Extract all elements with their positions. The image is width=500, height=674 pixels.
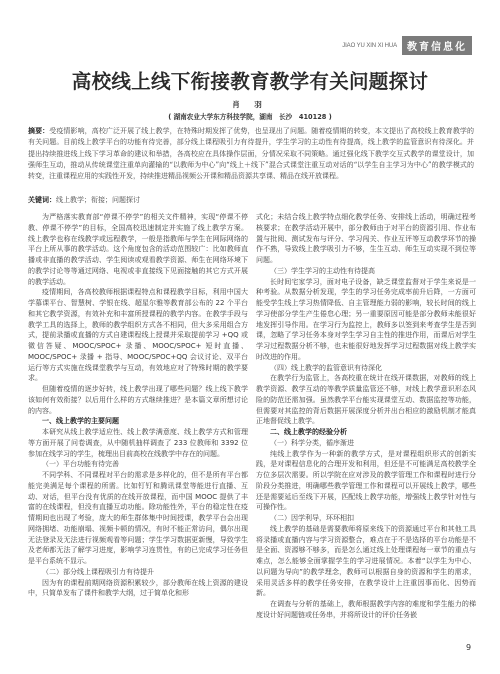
paragraph: 本研究从线上教学适应性、线上教学满意度、线上教学方式和管理等方面开展了问卷调查，… [28, 427, 248, 459]
paragraph: 不同学科、不同课程对平台的需求是多样化的，但不是所有平台都能完美满足每个课程的所… [28, 470, 248, 567]
subsection-heading: （二）部分线上课程吸引力有待提升 [28, 567, 248, 578]
subsection-heading: （一）科学分类，循序渐进 [256, 438, 476, 449]
section-badge: 教育信息化 [402, 36, 472, 55]
journal-section-header: JIAO YU XIN XI HUA 教育信息化 [342, 36, 472, 55]
paragraph: 在教学行为监管上，各高校重在统计在线开课数据，对教师的线上教学资源、教学互动的等… [256, 373, 476, 427]
section-heading: 二、线上教学的经验分析 [256, 427, 476, 438]
keywords: 关键词：线上教学；衔接；问题探讨 [28, 195, 474, 205]
keywords-label: 关键词： [28, 196, 56, 204]
article-affiliation: ( 湖南农业大学东方科技学院，湖南 长沙 410128 ) [0, 111, 500, 121]
paragraph: 在调查与分析的基础上，教师根据教学内容的难度和学生能力的梯度设计好问题链或任务串… [256, 599, 476, 621]
paragraph: 但随着疫情的逐步好转，线上教学出现了哪些问题？线上线下教学该如何有效衔接？以后用… [28, 384, 248, 416]
paragraph: 因为有的课程前期网络资源积累较少，部分教师在线上资源的建设中，只简单发布了课件和… [28, 578, 248, 600]
abstract-label: 摘要： [28, 127, 49, 135]
paragraph: 纯线上教学作为一种新的教学方式，是对课程组织形式的创新实践，是对课程信息化的合理… [256, 449, 476, 514]
abstract-text: 受疫情影响，高校广泛开展了线上教学，在特殊时期发挥了优势，也呈现出了问题。随着疫… [28, 127, 474, 180]
paragraph: 为严格落实教育部“停课不停学”的相关文件精神，实现“停课不停教、停课不停学”的目… [28, 212, 248, 287]
body-right-column: 式化；未结合线上教学特点细化教学任务、安排线上活动，明确过程考核要求；在教学活动… [256, 212, 476, 621]
subsection-heading: （三）学生学习的主动性有待提高 [256, 266, 476, 277]
body-left-column: 为严格落实教育部“停课不停学”的相关文件精神，实现“停课不停教、停课不停学”的目… [28, 212, 248, 599]
paragraph: 式化；未结合线上教学特点细化教学任务、安排线上活动，明确过程考核要求；在教学活动… [256, 212, 476, 266]
article-title: 高校线上线下衔接教育教学有关问题探讨 [0, 66, 500, 94]
article-author: 肖 羽 [0, 99, 500, 110]
section-pinyin: JIAO YU XIN XI HUA [342, 43, 397, 49]
paragraph: 疫情期间，各高校教师根据课程特点和课程教学目标，利用中国大学慕课平台、智慧树、学… [28, 287, 248, 384]
paragraph: 长时间宅家学习，面对电子设备，缺乏课堂监督对于学生来说是一种考验。从数据分析发现… [256, 277, 476, 363]
abstract: 摘要：受疫情影响，高校广泛开展了线上教学，在特殊时期发挥了优势，也呈现出了问题。… [28, 126, 474, 182]
subsection-heading: （二）因学利导，环环相扣 [256, 513, 476, 524]
page-number: 9 [466, 643, 471, 652]
subsection-heading: （一）平台功能有待完善 [28, 459, 248, 470]
subsection-heading: （四）线上教学的监管意识有待深化 [256, 363, 476, 374]
paragraph: 线上教学的基础是需要教师将原来线下的资源通过平台和其他工具将录播或直播内容与学习… [256, 524, 476, 599]
section-heading: 一、线上教学的主要问题 [28, 416, 248, 427]
keywords-text: 线上教学；衔接；问题探讨 [56, 196, 140, 204]
